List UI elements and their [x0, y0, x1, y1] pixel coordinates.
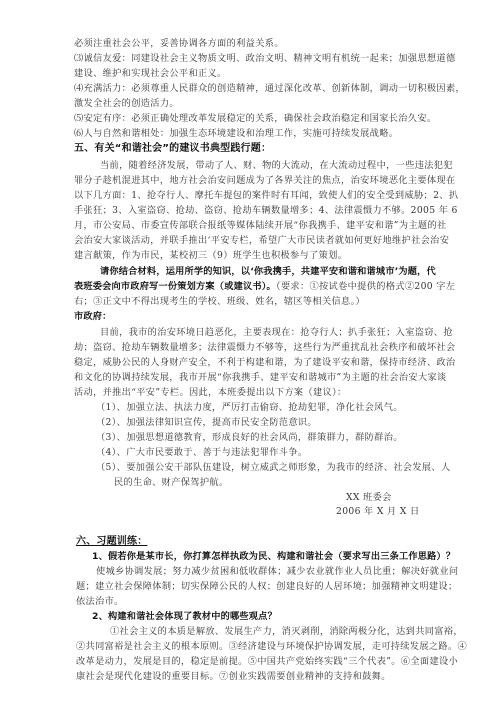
proposal-item: （2）、加强法律知识宣传，提高市民安全防范意识。 [96, 417, 317, 428]
material-line: 月，市公安局、市委宣传部联合报纸等媒体陆续开展“你我携手、建平安和谐”为主题的社 [74, 220, 447, 231]
text-line: ⑷充满活力：必须尊重人民群众的创造精神，通过深化改革、创新体制，调动一切积极因素… [74, 83, 465, 94]
proposal-item: （1）、加强立法、执法力度，严厉打击偷窃、抢劫犯罪，净化社会风气。 [96, 402, 403, 413]
material-line: 手张狂；3、入室盗窃、抢劫、盗窃、抢劫车辆数量增多；4、法律震慑力不够。2005… [74, 205, 458, 216]
section-heading: 五、有关“和谐社会”的建议书典型践行题： [74, 143, 271, 154]
material-line: 建言献策，作为市民，某校初三（9）班学生也积极参与了策划。 [74, 250, 347, 261]
answer-line: 依法治市。 [76, 596, 124, 607]
body-line: 和文化的协调持续发展，我市开展“你我携手、建平安和谐城市”为主题的社会治安大家谈 [74, 372, 447, 383]
task-requirements: （要求：①按试卷中提供的格式②200 字左 [276, 281, 455, 292]
body-line: 稳定，威胁公民的人身财产安全，不利于构建和谐，为了建设平安和谐，保持市经济、政治 [74, 357, 456, 368]
question-2: 2、构建和谐社会体现了教材中的哪些观点？ [92, 611, 277, 622]
answer-line: ①社会主义的本质是解放、发展生产力，消灭剥削，消除两极分化，达到共同富裕， [110, 626, 463, 637]
body-line: 活动，并推出“平安”专栏。因此，本班委提出以下方案（建议）： [74, 387, 347, 398]
task-prompt: 请你结合材料，运用所学的知识，以‘你我携手，共建平安和谐和谐城市’为题，代 [100, 266, 436, 277]
answer-line: 使城乡协调发展；努力减少贫困和低收群体；减少农业就作业人员比重；解决好就业问 [96, 566, 458, 577]
material-line: 罪分子趁机混进其中，地方社会治安问题成为了各界关注的焦点，治安环境恶化主要体现在 [74, 175, 456, 186]
task-prompt-line: 表班委会向市政府写一份策划方案（或建议书）。（要求：①按试卷中提供的格式②200… [74, 281, 455, 292]
answer-line: ②共同富裕是社会主义的根本原则。③经济建设与环境保护协调发展，走可持续发展之路。… [76, 641, 467, 652]
document-page: 必须注重社会公平，妥善协调各方面的利益关系。 ⑶诚信友爱：同建设社会主义物质文明… [0, 0, 500, 707]
section-heading: 六、习题训练： [76, 536, 147, 547]
proposal-item: 民的生命、财产保驾护航。 [114, 477, 228, 488]
proposal-item: （5）、要加强公安干部队伍建设，树立威武之师形象，为我市的经济、社会发展、人 [96, 462, 450, 473]
proposal-item: （4）、广大市民要敢于、善于与违法犯罪作斗争。 [96, 447, 307, 458]
material-line: 会治安大家谈活动，并联手推出‘平安专栏，希望广大市民读者就如何更好地维护社会治安 [74, 235, 449, 246]
text-line: 必须注重社会公平，妥善协调各方面的利益关系。 [74, 38, 284, 49]
task-prompt-bold: 表班委会向市政府写一份策划方案（或建议书）。 [74, 281, 276, 292]
date: 2006 年 X 月 X 日 [336, 506, 420, 517]
task-requirements: 右；③正文中不得出现考生的学校、班级、姓名，辖区等相关信息。） [74, 296, 365, 307]
text-line: ⑸安定有序：必须正确处理改革发展稳定的关系，确保社会政治稳定和国家长治久安。 [74, 113, 436, 124]
text-line: ⑹人与自然和谐相处：加强生态环境建设和治理工作，实施可持续发展战略。 [74, 128, 398, 139]
material-line: 以下几方面：1、抢夺行人、摩托车提包的案件时有耳闻，致使人们的安全受到威胁；2、… [74, 190, 458, 201]
proposal-item: （3）、加强思想道德教育，形成良好的社会风尚，群策群力，群防群治。 [96, 432, 403, 443]
body-line: 劫；盗窃、抢劫车辆数量增多；法律震慑力不够等，这些行为严重扰乱社会秩序和破坏社会 [74, 342, 456, 353]
material-line: 当前，随着经济发展，带动了人、财、物的大流动，在大流动过程中，一些违法犯犯 [100, 160, 453, 171]
text-line: 激发全社会的创造活力。 [74, 98, 179, 109]
text-line: 建设、维护和实现社会公平和正义。 [74, 68, 227, 79]
salutation: 市政府： [74, 311, 112, 322]
body-line: 目前，我市的治安环境日趋恶化，主要表现在：抢夺行人；扒手张狂；入室盗窃、抢 [100, 327, 453, 338]
signature: XX 班委会 [346, 492, 392, 503]
text-line: ⑶诚信友爱：同建设社会主义物质文明、政治文明、精神文明有机统一起来；加强思想道德 [74, 53, 456, 64]
answer-line: 题；建立社会保障体制；切实保障公民的人权；创建良好的人居环境；加强精神文明建设； [76, 581, 458, 592]
answer-line: 康社会是现代化建设的重要目标。⑦创业实践需要创业精神的支持和鼓舞。 [76, 671, 391, 682]
answer-line: 改革是动力，发展是目的，稳定是前提。⑤中国共产党始终实践“三个代表”。⑥全面建设… [76, 656, 458, 667]
question-1: 1、假若你是某市长，你打算怎样执政为民、构建和谐社会（要求写出三条工作思路）？ [92, 551, 455, 562]
